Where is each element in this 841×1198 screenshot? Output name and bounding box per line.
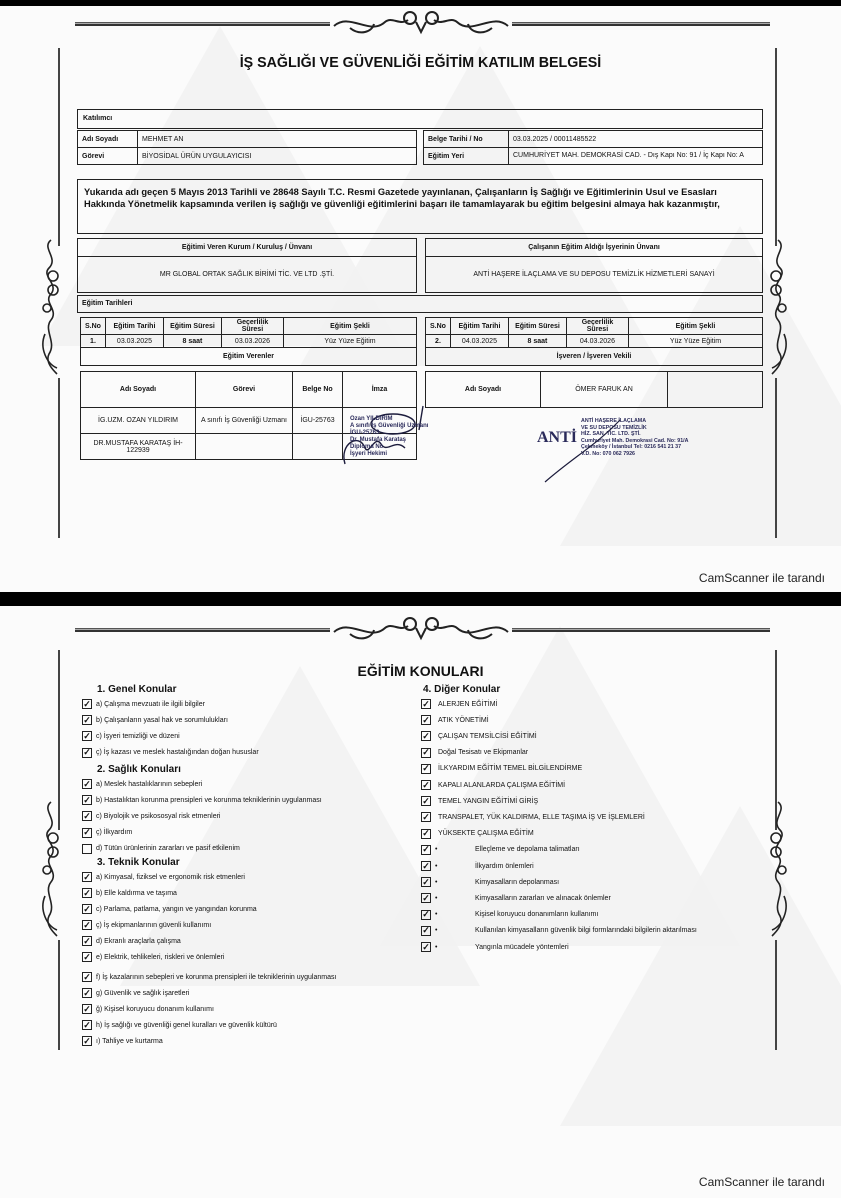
employer-rep-label: İşveren / İşveren Vekili bbox=[426, 348, 763, 366]
row-duration: 8 saat bbox=[508, 335, 566, 348]
doc-date-value: 03.03.2025 / 00011485522 bbox=[509, 131, 763, 148]
checkbox-checked[interactable]: ✓ bbox=[421, 764, 431, 774]
checkbox-checked[interactable]: ✓ bbox=[82, 988, 92, 998]
checklist-item-label: Kimyasalların zararları ve alınacak önle… bbox=[475, 895, 611, 902]
checklist-item: ✓TEMEL YANGIN EĞİTİMİ GİRİŞ bbox=[421, 796, 538, 806]
checklist-item-label: ç) İş kazası ve meslek hastalığından doğ… bbox=[96, 749, 259, 756]
checkbox-checked[interactable]: ✓ bbox=[421, 796, 431, 806]
border-line-left bbox=[58, 48, 60, 246]
checkbox-checked[interactable]: ✓ bbox=[421, 877, 431, 887]
checklist-item: ✓•Kimyasalların depolanması bbox=[421, 877, 559, 887]
checklist-item-label: d) Tütün ürünlerinin zararları ve pasif … bbox=[96, 845, 240, 852]
checklist-item: ✓g) Güvenlik ve sağlık işaretleri bbox=[82, 988, 189, 998]
checklist-item-label: f) İş kazalarının sebepleri ve korunma p… bbox=[96, 974, 336, 981]
checkbox-checked[interactable]: ✓ bbox=[421, 780, 431, 790]
checkbox-checked[interactable]: ✓ bbox=[82, 699, 92, 709]
col-duration: Eğitim Süresi bbox=[508, 318, 566, 335]
checklist-item-label: b) Hastalıktan korunma prensipleri ve ko… bbox=[96, 797, 322, 804]
checklist-item: ✓ATIK YÖNETİMİ bbox=[421, 715, 489, 725]
table-row: 2. 04.03.2025 8 saat 04.03.2026 Yüz Yüze… bbox=[426, 335, 763, 348]
checkbox-checked[interactable]: ✓ bbox=[421, 861, 431, 871]
checkbox-checked[interactable]: ✓ bbox=[82, 731, 92, 741]
signature-icon bbox=[535, 416, 625, 486]
side-flourish-left-icon bbox=[37, 238, 63, 378]
checklist-item-label: g) Güvenlik ve sağlık işaretleri bbox=[96, 990, 189, 997]
checkbox-checked[interactable]: ✓ bbox=[82, 1020, 92, 1030]
row-validity: 03.03.2026 bbox=[221, 335, 283, 348]
ornament-line-left bbox=[75, 22, 330, 26]
row-date: 03.03.2025 bbox=[105, 335, 163, 348]
trainer-role: A sınıfı İş Güvenliği Uzmanı bbox=[196, 408, 293, 434]
col-validity: Geçerlilik Süresi bbox=[566, 318, 628, 335]
side-flourish-right-icon bbox=[766, 238, 792, 378]
checkbox-checked[interactable]: ✓ bbox=[82, 952, 92, 962]
checklist-item: ✓ÇALIŞAN TEMSİLCİSİ EĞİTİMİ bbox=[421, 731, 537, 741]
checklist-item: ✓e) Elektrik, tehlikeleri, riskleri ve ö… bbox=[82, 952, 224, 962]
checklist-item-label: ATIK YÖNETİMİ bbox=[438, 717, 489, 724]
checkbox-checked[interactable]: ✓ bbox=[421, 893, 431, 903]
employer-table: Çalışanın Eğitim Aldığı İşyerinin Ünvanı… bbox=[425, 238, 763, 293]
checkbox-checked[interactable]: ✓ bbox=[82, 779, 92, 789]
checklist-item: ✓TRANSPALET, YÜK KALDIRMA, ELLE TAŞIMA İ… bbox=[421, 812, 645, 822]
flourish-ornament-icon bbox=[330, 614, 512, 644]
col-sno: S.No bbox=[81, 318, 106, 335]
checklist-item-label: İlkyardım önlemleri bbox=[475, 863, 534, 870]
trainer-name: DR.MUSTAFA KARATAŞ İH-122939 bbox=[81, 434, 196, 460]
row-format: Yüz Yüze Eğitim bbox=[628, 335, 762, 348]
row-sno: 1. bbox=[81, 335, 106, 348]
checkbox-checked[interactable]: ✓ bbox=[82, 811, 92, 821]
border-line-right-lower bbox=[775, 378, 777, 538]
dates-table-2: S.No Eğitim Tarihi Eğitim Süresi Geçerli… bbox=[425, 317, 763, 366]
checkbox-checked[interactable]: ✓ bbox=[82, 1036, 92, 1046]
section-heading: 1. Genel Konular bbox=[97, 684, 176, 695]
checkbox-checked[interactable]: ✓ bbox=[421, 926, 431, 936]
col-format: Eğitim Şekli bbox=[283, 318, 416, 335]
checklist-item: ✓b) Elle kaldırma ve taşıma bbox=[82, 888, 177, 898]
side-flourish-left-icon bbox=[37, 800, 63, 940]
stamp-line: Ozan YILDIRIM bbox=[350, 416, 428, 423]
bullet-icon: • bbox=[435, 863, 475, 870]
checklist-item: ✓•Yangınla mücadele yöntemleri bbox=[421, 942, 569, 952]
checklist-item-label: b) Çalışanların yasal hak ve sorumlulukl… bbox=[96, 717, 228, 724]
row-format: Yüz Yüze Eğitim bbox=[283, 335, 416, 348]
participant-name: MEHMET AN bbox=[138, 131, 417, 148]
stamp-line: İGU-25763 bbox=[350, 430, 428, 437]
employer-rep-name: ÖMER FARUK AN bbox=[541, 372, 668, 408]
topics-page: EĞİTİM KONULARI 1. Genel Konular✓a) Çalı… bbox=[0, 606, 841, 1198]
checkbox-checked[interactable]: ✓ bbox=[82, 888, 92, 898]
checklist-item-label: Elleçleme ve depolama talimatları bbox=[475, 846, 580, 853]
place-label: Eğitim Yeri bbox=[424, 148, 509, 165]
checkbox-checked[interactable]: ✓ bbox=[421, 942, 431, 952]
checkbox-checked[interactable]: ✓ bbox=[82, 936, 92, 946]
checklist-item-label: h) İş sağlığı ve güvenliği genel kuralla… bbox=[96, 1022, 277, 1029]
place-value: CUMHURİYET MAH. DEMOKRASİ CAD. - Dış Kap… bbox=[509, 148, 763, 165]
stamp-line: İşyeri Hekimi bbox=[350, 451, 428, 458]
checkbox-checked[interactable]: ✓ bbox=[421, 715, 431, 725]
row-sno: 2. bbox=[426, 335, 451, 348]
checkbox-checked[interactable]: ✓ bbox=[82, 872, 92, 882]
checkbox-checked[interactable]: ✓ bbox=[421, 731, 431, 741]
checklist-item-label: TRANSPALET, YÜK KALDIRMA, ELLE TAŞIMA İŞ… bbox=[438, 814, 645, 821]
checklist-item: d) Tütün ürünlerinin zararları ve pasif … bbox=[82, 844, 240, 854]
topics-title: EĞİTİM KONULARI bbox=[0, 663, 841, 679]
participant-role: BİYOSİDAL ÜRÜN UYGULAYICISI bbox=[138, 148, 417, 165]
checklist-item: ✓ı) Tahliye ve kurtarma bbox=[82, 1036, 163, 1046]
bullet-icon: • bbox=[435, 944, 475, 951]
checklist-item-label: ç) İlkyardım bbox=[96, 829, 132, 836]
border-line-left-lower bbox=[58, 378, 60, 538]
side-flourish-right-icon bbox=[766, 800, 792, 940]
scan-watermark: CamScanner ile tarandı bbox=[699, 1175, 825, 1189]
checklist-item: ✓b) Hastalıktan korunma prensipleri ve k… bbox=[82, 795, 322, 805]
row-duration: 8 saat bbox=[163, 335, 221, 348]
employer-rep-signature bbox=[668, 372, 763, 408]
checklist-item-label: TEMEL YANGIN EĞİTİMİ GİRİŞ bbox=[438, 798, 538, 805]
checklist-item: ✓YÜKSEKTE ÇALIŞMA EĞİTİM bbox=[421, 829, 534, 839]
col-sno: S.No bbox=[426, 318, 451, 335]
flourish-ornament-icon bbox=[330, 8, 512, 38]
trainers-label: Eğitim Verenler bbox=[81, 348, 417, 366]
checkbox-checked[interactable]: ✓ bbox=[82, 904, 92, 914]
checklist-item: ✓KAPALI ALANLARDA ÇALIŞMA EĞİTİMİ bbox=[421, 780, 565, 790]
checkbox-checked[interactable]: ✓ bbox=[82, 972, 92, 982]
certificate-page: İŞ SAĞLIĞI VE GÜVENLİĞİ EĞİTİM KATILIM B… bbox=[0, 6, 841, 592]
employer-rep-name-label: Adı Soyadı bbox=[426, 372, 541, 408]
bullet-icon: • bbox=[435, 911, 475, 918]
checklist-item-label: a) Çalışma mevzuatı ile ilgili bilgiler bbox=[96, 701, 205, 708]
row-date: 04.03.2025 bbox=[450, 335, 508, 348]
dates-section-label: Eğitim Tarihleri bbox=[82, 300, 132, 307]
checklist-item-label: Yangınla mücadele yöntemleri bbox=[475, 944, 569, 951]
trainer-role bbox=[196, 434, 293, 460]
border-line-right-lower bbox=[775, 940, 777, 1050]
checklist-item-label: Kişisel koruyucu donanımların kullanımı bbox=[475, 911, 598, 918]
role-label: Görevi bbox=[78, 148, 138, 165]
checklist-item: ✓a) Kimyasal, fiziksel ve ergonomik risk… bbox=[82, 872, 245, 882]
checklist-item-label: Kullanılan kimyasalların güvenlik bilgi … bbox=[475, 927, 697, 934]
checklist-item: ✓•Kullanılan kimyasalların güvenlik bilg… bbox=[421, 926, 697, 936]
checkbox-checked[interactable]: ✓ bbox=[82, 1004, 92, 1014]
col-duration: Eğitim Süresi bbox=[163, 318, 221, 335]
stamp-line: A sınıfı İş Güvenliği Uzmanı bbox=[350, 423, 428, 430]
checklist-item: ✓•İlkyardım önlemleri bbox=[421, 861, 534, 871]
section-heading: 2. Sağlık Konuları bbox=[97, 764, 181, 775]
provider-value: MR GLOBAL ORTAK SAĞLIK BİRİMİ TİC. VE LT… bbox=[78, 257, 417, 293]
trainer-stamp: Ozan YILDIRIM A sınıfı İş Güvenliği Uzma… bbox=[350, 416, 428, 458]
checklist-item-label: a) Meslek hastalıklarının sebepleri bbox=[96, 781, 202, 788]
dates-table-1: S.No Eğitim Tarihi Eğitim Süresi Geçerli… bbox=[80, 317, 417, 366]
section-heading: 3. Teknik Konular bbox=[97, 857, 180, 868]
ornament-line-left bbox=[75, 628, 330, 632]
watermark-shape bbox=[560, 806, 841, 1126]
checklist-item-label: ç) İş ekipmanlarının güvenli kullanımı bbox=[96, 922, 211, 929]
checkbox-checked[interactable]: ✓ bbox=[421, 812, 431, 822]
checkbox-checked[interactable]: ✓ bbox=[421, 748, 431, 758]
col-validity: Geçerlilik Süresi bbox=[221, 318, 283, 335]
border-line-left-lower bbox=[58, 940, 60, 1050]
col-trainer-cert: Belge No bbox=[293, 372, 343, 408]
checklist-item: ✓b) Çalışanların yasal hak ve sorumluluk… bbox=[82, 715, 228, 725]
checklist-item: ✓ğ) Kişisel koruyucu donanım kullanımı bbox=[82, 1004, 214, 1014]
checklist-item: ✓c) Biyolojik ve psikososyal risk etmenl… bbox=[82, 811, 220, 821]
col-date: Eğitim Tarihi bbox=[105, 318, 163, 335]
ornament-line-right bbox=[512, 628, 770, 632]
participant-section: Katılımcı bbox=[77, 109, 763, 129]
checkbox-checked[interactable]: ✓ bbox=[421, 910, 431, 920]
checklist-item: ✓•Elleçleme ve depolama talimatları bbox=[421, 845, 580, 855]
col-trainer-signature: İmza bbox=[343, 372, 417, 408]
checkbox-checked[interactable]: ✓ bbox=[82, 715, 92, 725]
checkbox-checked[interactable]: ✓ bbox=[421, 699, 431, 709]
checkbox-checked[interactable]: ✓ bbox=[82, 748, 92, 758]
employer-value: ANTİ HAŞERE İLAÇLAMA VE SU DEPOSU TEMİZL… bbox=[426, 257, 763, 293]
checklist-item-label: Kimyasalların depolanması bbox=[475, 879, 559, 886]
checklist-item-label: KAPALI ALANLARDA ÇALIŞMA EĞİTİMİ bbox=[438, 782, 565, 789]
checklist-item-label: c) Biyolojik ve psikososyal risk etmenle… bbox=[96, 813, 220, 820]
table-row: 1. 03.03.2025 8 saat 03.03.2026 Yüz Yüze… bbox=[81, 335, 417, 348]
checklist-item-label: ğ) Kişisel koruyucu donanım kullanımı bbox=[96, 1006, 214, 1013]
checklist-item: ✓a) Çalışma mevzuatı ile ilgili bilgiler bbox=[82, 699, 205, 709]
name-label: Adı Soyadı bbox=[78, 131, 138, 148]
bullet-icon: • bbox=[435, 895, 475, 902]
checklist-item-label: Doğal Tesisatı ve Ekipmanlar bbox=[438, 749, 528, 756]
checklist-item: ✓d) Ekranlı araçlarla çalışma bbox=[82, 936, 181, 946]
checklist-item: ✓•Kişisel koruyucu donanımların kullanım… bbox=[421, 910, 598, 920]
checklist-item: ✓Doğal Tesisatı ve Ekipmanlar bbox=[421, 748, 528, 758]
trainer-name: İG.UZM. OZAN YILDIRIM bbox=[81, 408, 196, 434]
col-trainer-name: Adı Soyadı bbox=[81, 372, 196, 408]
checklist-item-label: b) Elle kaldırma ve taşıma bbox=[96, 890, 177, 897]
border-line-right bbox=[775, 48, 777, 246]
row-validity: 04.03.2026 bbox=[566, 335, 628, 348]
participant-section-label: Katılımcı bbox=[83, 115, 112, 122]
checklist-item: ✓f) İş kazalarının sebepleri ve korunma … bbox=[82, 972, 336, 982]
checklist-item: ✓h) İş sağlığı ve güvenliği genel kurall… bbox=[82, 1020, 277, 1030]
checklist-item-label: c) Parlama, patlama, yangın ve yangından… bbox=[96, 906, 257, 913]
checklist-item: ✓•Kimyasalların zararları ve alınacak ön… bbox=[421, 893, 611, 903]
checklist-item-label: ı) Tahliye ve kurtarma bbox=[96, 1038, 163, 1045]
checklist-item-label: d) Ekranlı araçlarla çalışma bbox=[96, 938, 181, 945]
checkbox-checked[interactable]: ✓ bbox=[82, 920, 92, 930]
participant-table: Adı Soyadı MEHMET AN Görevi BİYOSİDAL ÜR… bbox=[77, 130, 417, 165]
checklist-item-label: YÜKSEKTE ÇALIŞMA EĞİTİM bbox=[438, 830, 534, 837]
checkbox-checked[interactable]: ✓ bbox=[82, 828, 92, 838]
certificate-statement: Yukarıda adı geçen 5 Mayıs 2013 Tarihli … bbox=[77, 179, 763, 234]
checklist-item: ✓c) Parlama, patlama, yangın ve yangında… bbox=[82, 904, 257, 914]
document-info-table: Belge Tarihi / No 03.03.2025 / 000114855… bbox=[423, 130, 763, 165]
checkbox-checked[interactable]: ✓ bbox=[421, 829, 431, 839]
checklist-item: ✓İLKYARDIM EĞİTİM TEMEL BİLGİLENDİRME bbox=[421, 764, 582, 774]
checkbox-unchecked[interactable] bbox=[82, 844, 92, 854]
checklist-item: ✓ç) İş ekipmanlarının güvenli kullanımı bbox=[82, 920, 211, 930]
checklist-item-label: a) Kimyasal, fiziksel ve ergonomik risk … bbox=[96, 874, 245, 881]
checklist-item: ✓c) İşyeri temizliği ve düzeni bbox=[82, 731, 180, 741]
provider-label: Eğitimi Veren Kurum / Kuruluş / Ünvanı bbox=[78, 239, 417, 257]
checklist-item-label: ÇALIŞAN TEMSİLCİSİ EĞİTİMİ bbox=[438, 733, 537, 740]
checklist-item: ✓a) Meslek hastalıklarının sebepleri bbox=[82, 779, 202, 789]
checklist-item: ✓ç) İlkyardım bbox=[82, 828, 132, 838]
col-trainer-role: Görevi bbox=[196, 372, 293, 408]
employer-rep-table: Adı Soyadı ÖMER FARUK AN bbox=[425, 371, 763, 408]
scan-watermark: CamScanner ile tarandı bbox=[699, 571, 825, 585]
stamp-line: Dr. Mustafa Karataş bbox=[350, 437, 428, 444]
checklist-item-label: c) İşyeri temizliği ve düzeni bbox=[96, 733, 180, 740]
doc-date-label: Belge Tarihi / No bbox=[424, 131, 509, 148]
ornament-line-right bbox=[512, 22, 770, 26]
employer-label: Çalışanın Eğitim Aldığı İşyerinin Ünvanı bbox=[426, 239, 763, 257]
checklist-item-label: İLKYARDIM EĞİTİM TEMEL BİLGİLENDİRME bbox=[438, 765, 582, 772]
checklist-item-label: ALERJEN EĞİTİMİ bbox=[438, 701, 498, 708]
section-heading: 4. Diğer Konular bbox=[423, 684, 500, 695]
dates-section: Eğitim Tarihleri bbox=[77, 295, 763, 313]
col-format: Eğitim Şekli bbox=[628, 318, 762, 335]
checklist-item-label: e) Elektrik, tehlikeleri, riskleri ve ön… bbox=[96, 954, 224, 961]
bullet-icon: • bbox=[435, 846, 475, 853]
checkbox-checked[interactable]: ✓ bbox=[82, 795, 92, 805]
bullet-icon: • bbox=[435, 879, 475, 886]
stamp-line: Diploma No bbox=[350, 444, 428, 451]
checkbox-checked[interactable]: ✓ bbox=[421, 845, 431, 855]
certificate-title: İŞ SAĞLIĞI VE GÜVENLİĞİ EĞİTİM KATILIM B… bbox=[21, 54, 820, 71]
provider-table: Eğitimi Veren Kurum / Kuruluş / Ünvanı M… bbox=[77, 238, 417, 293]
checklist-item: ✓ALERJEN EĞİTİMİ bbox=[421, 699, 498, 709]
bullet-icon: • bbox=[435, 927, 475, 934]
checklist-item: ✓ç) İş kazası ve meslek hastalığından do… bbox=[82, 748, 259, 758]
col-date: Eğitim Tarihi bbox=[450, 318, 508, 335]
